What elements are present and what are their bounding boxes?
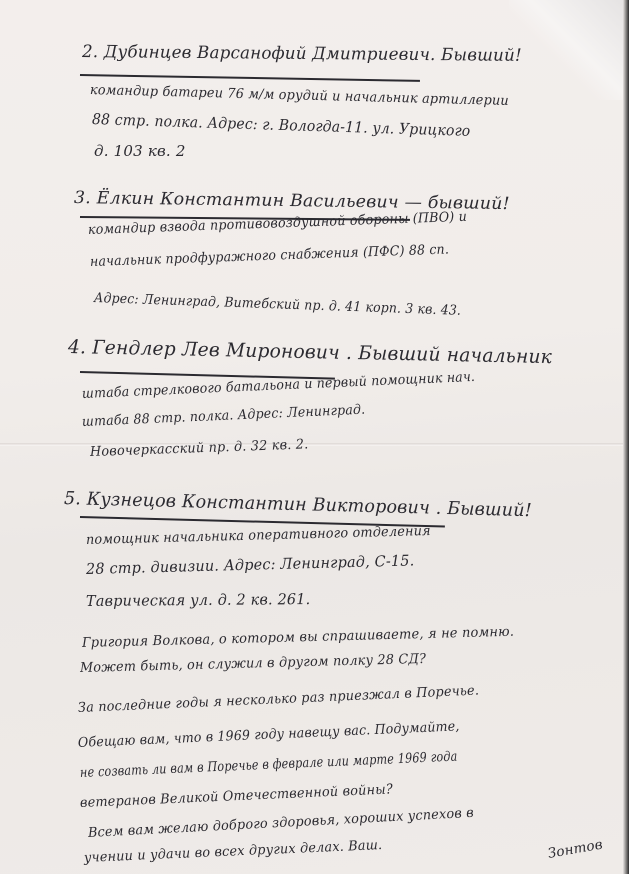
entry-title-suffix: Бывший <box>441 45 515 66</box>
entry-title-suffix: . Бывший начальник <box>346 342 552 368</box>
entry-5-line-2: 28 стр. дивизии. Адрес: Ленинград, С-15. <box>86 551 415 578</box>
entry-3-line-1: командир взвода противовоздушной обороны… <box>88 209 468 238</box>
entry-4-heading: 4. Гендлер Лев Миронович . Бывший началь… <box>68 336 552 368</box>
entry-3-line-3: Адрес: Ленинград, Витебский пр. д. 41 ко… <box>94 290 462 319</box>
entry-4-line-3: Новочеркасский пр. д. 32 кв. 2. <box>90 436 309 460</box>
entry-number: 4. <box>68 336 87 358</box>
closing-line-3: За последние годы я несколько раз приезж… <box>78 682 480 715</box>
entry-2-line-2: 88 стр. полка. Адрес: г. Вологда-11. ул.… <box>92 110 471 140</box>
letter-page: 2. Дубинцев Варсанофий Дмитриевич. Бывши… <box>0 0 629 874</box>
closing-line-2: Может быть, он служил в другом полку 28 … <box>80 651 426 676</box>
entry-number: 5. <box>64 488 82 509</box>
entry-number: 2. <box>82 42 98 62</box>
closing-line-7: Всем вам желаю доброго здоровья, хороших… <box>88 805 475 841</box>
closing-line-5: не созвать ли вам в Поречье в феврале ил… <box>80 749 458 781</box>
closing-line-6: ветеранов Великой Отечественной войны? <box>80 781 394 811</box>
entry-5-line-3: Таврическая ул. д. 2 кв. 261. <box>86 590 311 610</box>
paper-edge-shadow <box>623 0 629 874</box>
entry-4-line-2: штаба 88 стр. полка. Адрес: Ленинград. <box>82 402 366 430</box>
entry-5-line-1: помощник начальника оперативного отделен… <box>86 523 431 548</box>
entry-name: Гендлер Лев Миронович <box>92 337 340 364</box>
entry-3-line-2: начальник продфуражного снабжения (ПФС) … <box>90 241 450 270</box>
entry-5-heading: 5. Кузнецов Константин Викторович . Бывш… <box>64 488 532 521</box>
entry-name: Дубинцев Варсанофий Дмитриевич. <box>104 42 436 65</box>
entry-2-line-3: д. 103 кв. 2 <box>94 142 186 160</box>
entry-title-suffix: . Бывший <box>436 498 525 521</box>
paper-corner-fold <box>509 0 629 100</box>
entry-name: Кузнецов Константин Викторович <box>87 489 431 519</box>
entry-number: 3. <box>74 188 91 208</box>
entry-2-underline <box>80 74 420 81</box>
closing-line-1: Григория Волкова, о котором вы спрашивае… <box>82 624 514 651</box>
entry-2-heading: 2. Дубинцев Варсанофий Дмитриевич. Бывши… <box>82 42 522 66</box>
signature: Зонтов <box>547 836 604 861</box>
entry-2-line-1: командир батареи 76 м/м орудий и начальн… <box>90 82 509 109</box>
entry-name: Ёлкин Константин Васильевич <box>97 188 399 212</box>
closing-line-4: Обещаю вам, что в 1969 году навещу вас. … <box>78 718 460 751</box>
closing-line-8: учении и удачи во всех других делах. Ваш… <box>84 837 383 866</box>
